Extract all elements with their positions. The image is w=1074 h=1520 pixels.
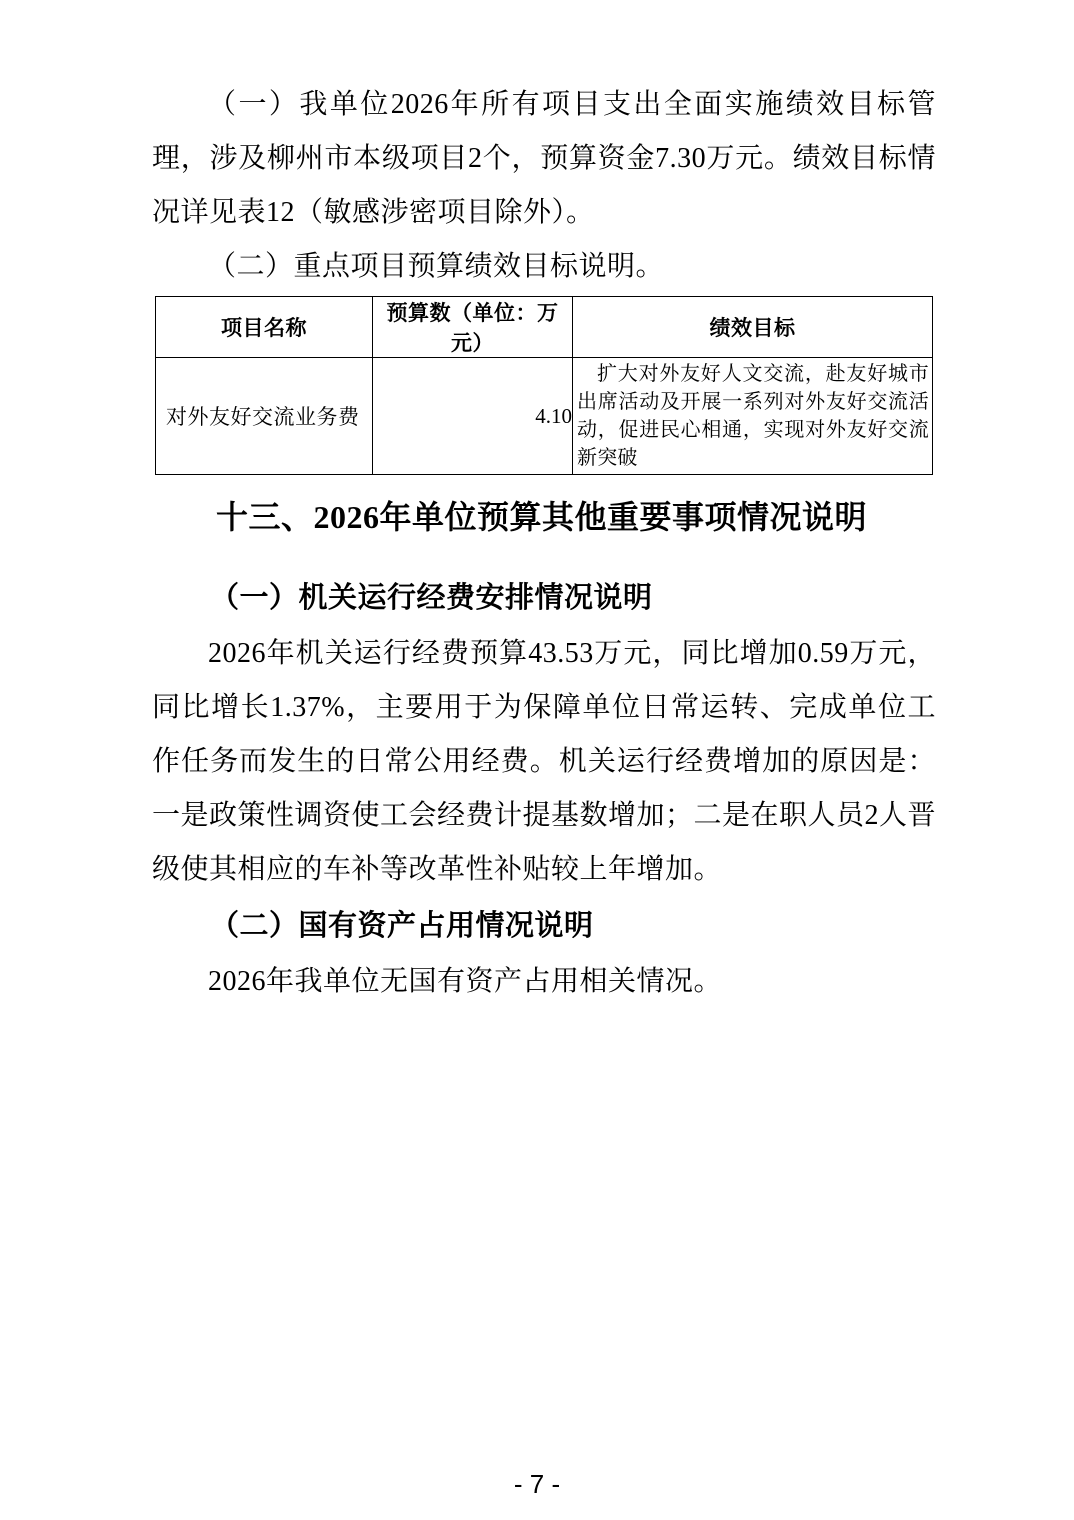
paragraph-state-assets: 2026年我单位无国有资产占用相关情况。	[152, 955, 936, 1009]
paragraph-operating-expense: 2026年机关运行经费预算43.53万元，同比增加0.59万元，同比增长1.37…	[152, 627, 936, 897]
document-page: （一）我单位2026年所有项目支出全面实施绩效目标管理，涉及柳州市本级项目2个，…	[0, 0, 1074, 1520]
paragraph-key-project-intro: （二）重点项目预算绩效目标说明。	[152, 240, 936, 294]
table-header-performance-target: 绩效目标	[573, 297, 933, 358]
table-cell-performance-target: 扩大对外友好人文交流，赴友好城市出席活动及开展一系列对外友好交流活动，促进民心相…	[573, 358, 933, 475]
paragraph-performance-management: （一）我单位2026年所有项目支出全面实施绩效目标管理，涉及柳州市本级项目2个，…	[152, 78, 936, 240]
heading-section-13: 十三、2026年单位预算其他重要事项情况说明	[152, 487, 936, 547]
document-body: （一）我单位2026年所有项目支出全面实施绩效目标管理，涉及柳州市本级项目2个，…	[152, 78, 936, 1009]
performance-target-table: 项目名称 预算数（单位：万元） 绩效目标 对外友好交流业务费 4.10 扩大对外…	[155, 296, 933, 475]
table-row: 对外友好交流业务费 4.10 扩大对外友好人文交流，赴友好城市出席活动及开展一系…	[156, 358, 933, 475]
table-header-row: 项目名称 预算数（单位：万元） 绩效目标	[156, 297, 933, 358]
table-header-project-name: 项目名称	[156, 297, 373, 358]
heading-sub-operating-expense: （一）机关运行经费安排情况说明	[152, 569, 936, 627]
page-number: - 7 -	[0, 1466, 1074, 1502]
table-cell-budget: 4.10	[373, 358, 573, 475]
table-header-budget: 预算数（单位：万元）	[373, 297, 573, 358]
table-cell-project-name: 对外友好交流业务费	[156, 358, 373, 475]
heading-sub-state-assets: （二）国有资产占用情况说明	[152, 897, 936, 955]
